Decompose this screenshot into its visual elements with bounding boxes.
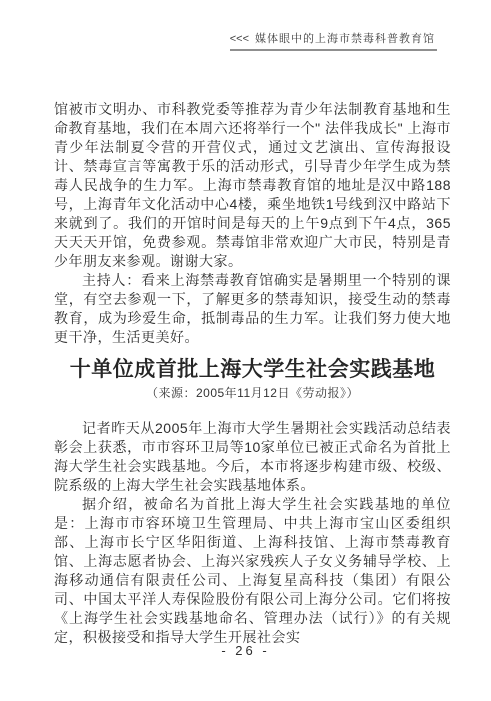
document-page: <<<媒体眼中的上海市禁毒科普教育馆 馆被市文明办、市科教党委等推荐为青少年法制…	[0, 0, 491, 701]
header-arrows-marker: <<<	[230, 33, 249, 45]
article2-paragraph-unit-list: 据介绍，被命名为首批上海大学生社会实践基地的单位是：上海市市容环境卫生管理局、中…	[54, 495, 451, 647]
page-number: - 26 -	[0, 643, 491, 659]
article2-source-line: （来源：2005年11月12日《劳动报》）	[54, 385, 451, 401]
article1-paragraph-continuation: 馆被市文明办、市科教党委等推荐为青少年法制教育基地和生命教育基地，我们在本周六还…	[54, 100, 451, 271]
header-rule-divider	[230, 49, 437, 51]
page-content: 馆被市文明办、市科教党委等推荐为青少年法制教育基地和生命教育基地，我们在本周六还…	[54, 100, 451, 647]
running-header: <<<媒体眼中的上海市禁毒科普教育馆	[230, 32, 435, 46]
article2-body: 记者昨天从2005年上海市大学生暑期社会实践活动总结表彰会上获悉，市市容环卫局等…	[54, 419, 451, 647]
article2-title: 十单位成首批上海大学生社会实践基地	[54, 357, 451, 383]
article2-paragraph-summary: 记者昨天从2005年上海市大学生暑期社会实践活动总结表彰会上获悉，市市容环卫局等…	[54, 419, 451, 495]
header-title: 媒体眼中的上海市禁毒科普教育馆	[255, 33, 435, 45]
article1-paragraph-host: 主持人：看来上海禁毒教育馆确实是暑期里一个特别的课堂，有空去参观一下，了解更多的…	[54, 271, 451, 347]
